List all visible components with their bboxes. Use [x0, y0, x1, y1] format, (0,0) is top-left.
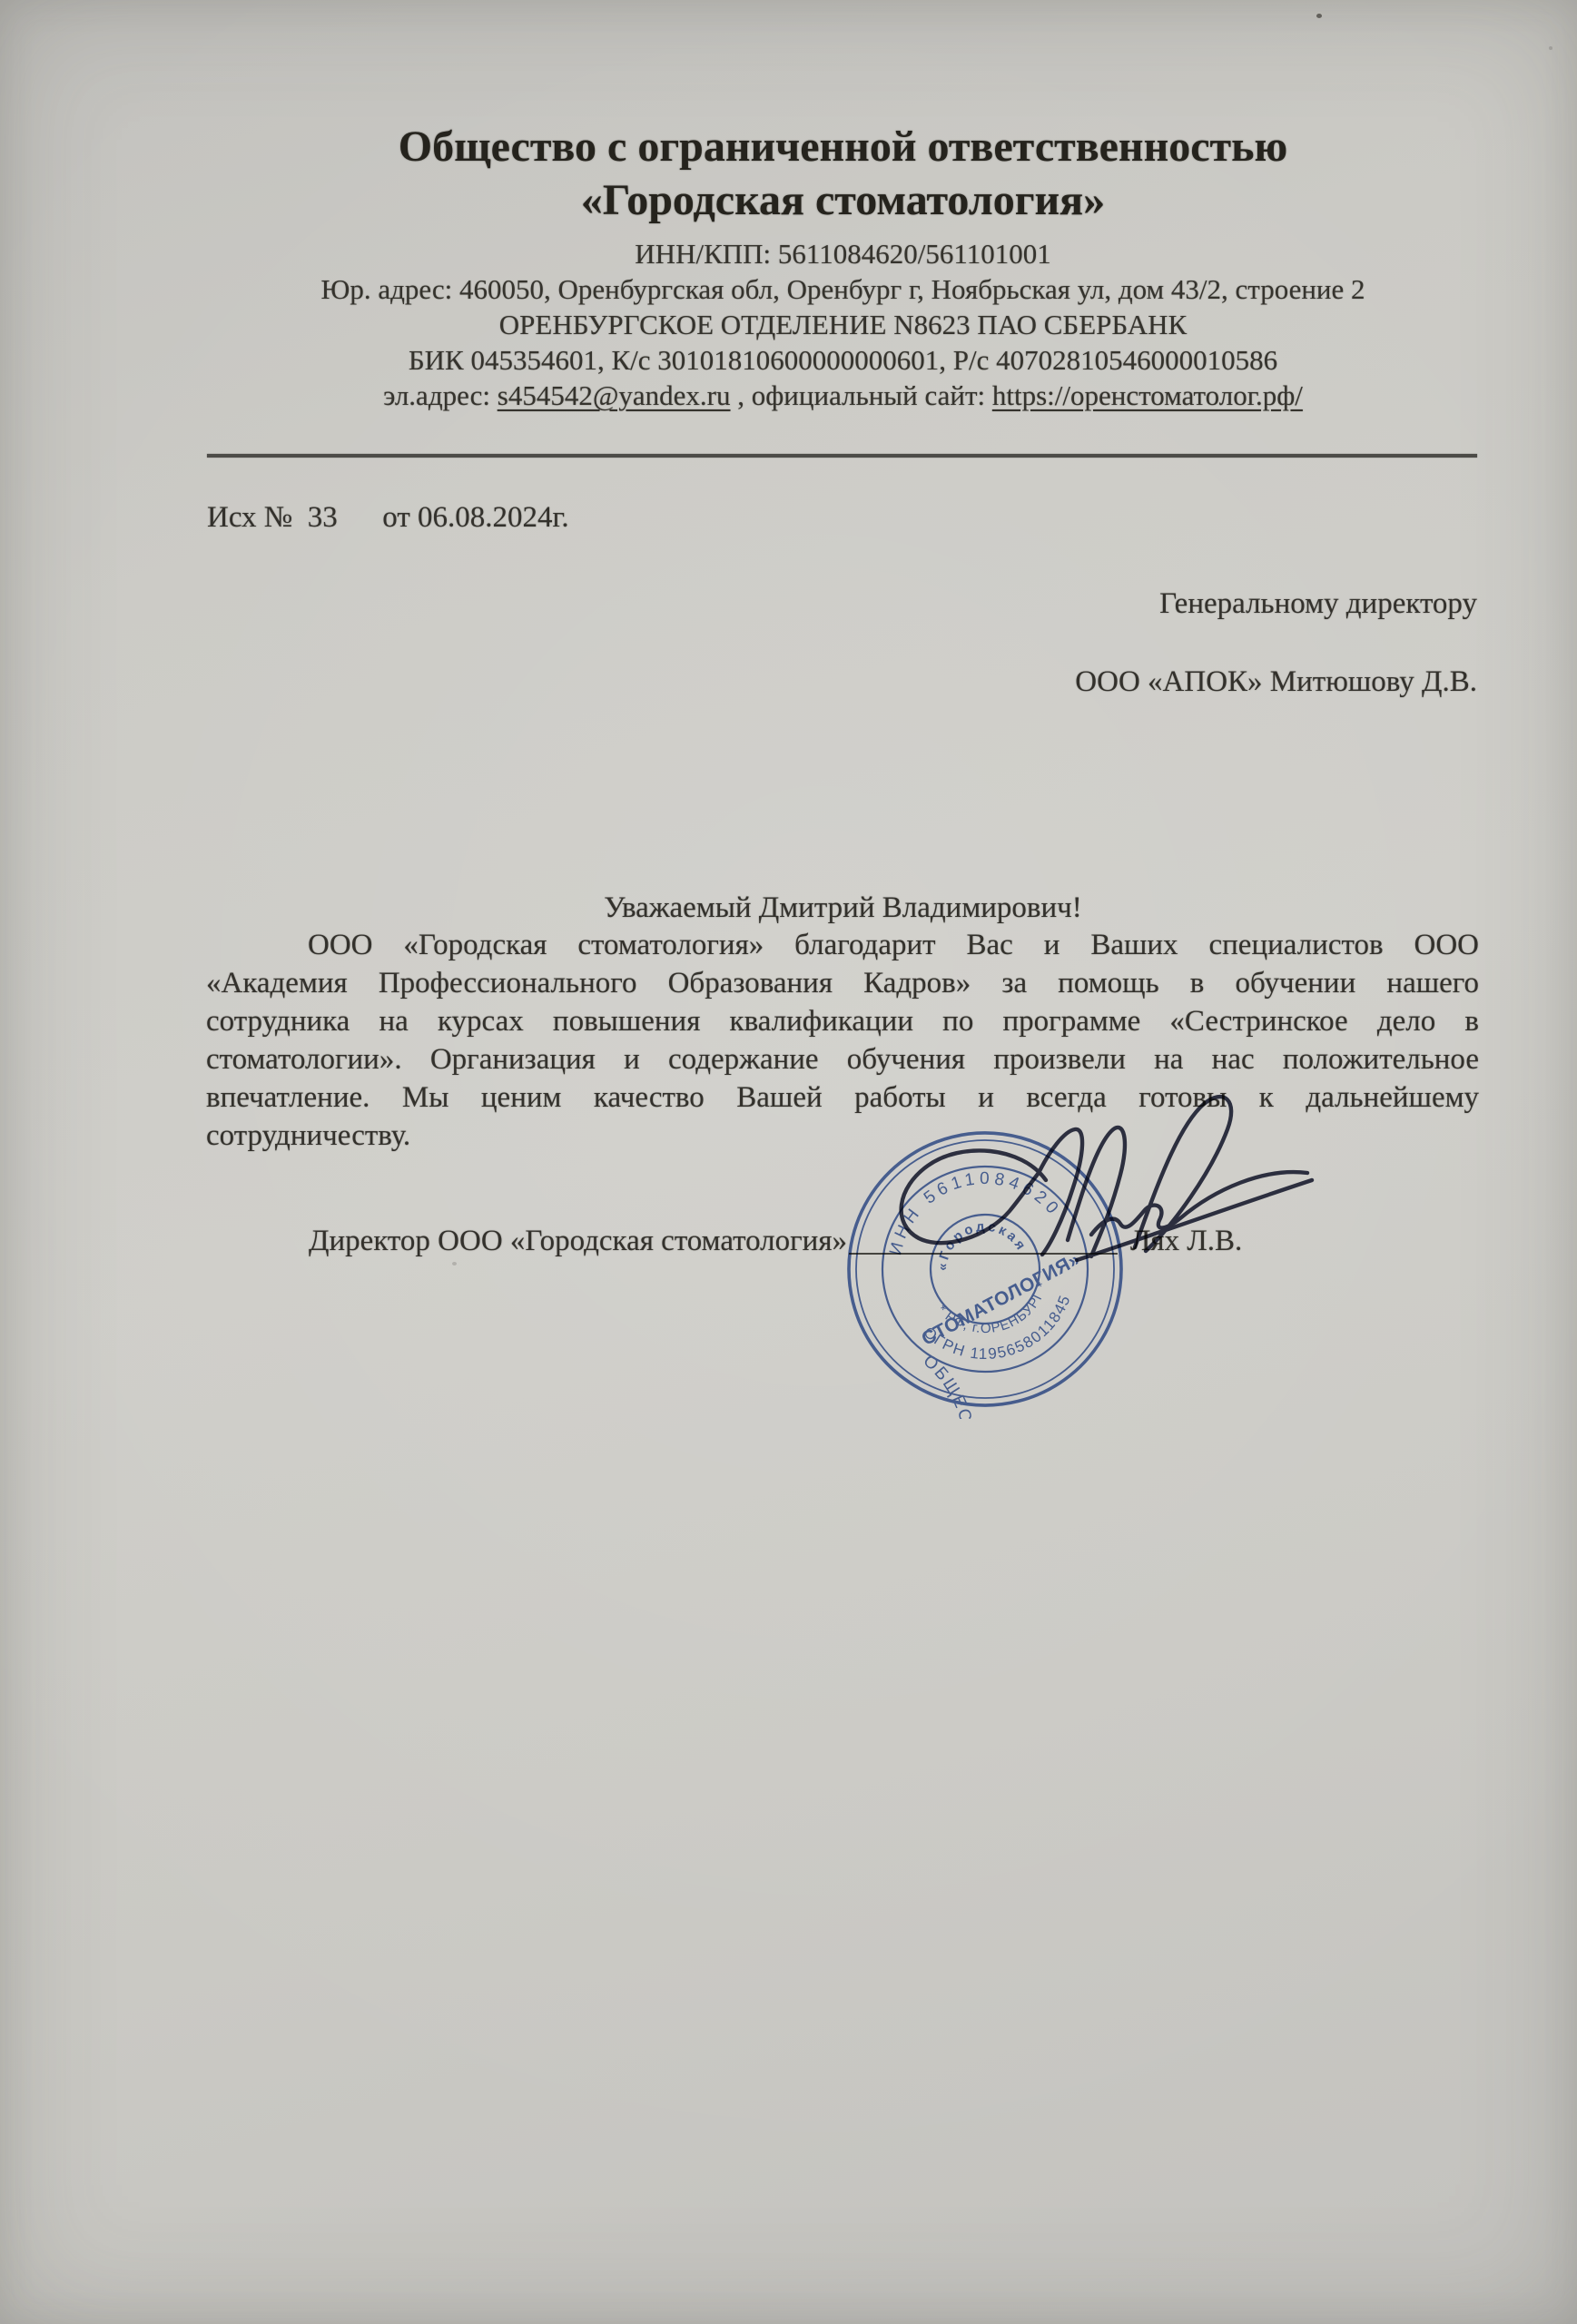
horizontal-rule — [207, 454, 1477, 458]
body-line: ООО «Городская стоматология» благодарит … — [206, 926, 1479, 964]
signature-stroke — [1068, 1128, 1125, 1256]
recipient-line1: Генеральному директору — [1159, 585, 1477, 623]
org-name-line2: «Городская стоматология» — [206, 173, 1480, 227]
signature-title: Директор ООО «Городская стоматология» — [309, 1222, 847, 1260]
letterhead-details: ИНН/КПП: 5611084620/561101001 Юр. адрес:… — [206, 236, 1480, 413]
legal-address-line: Юр. адрес: 460050, Оренбургская обл, Оре… — [206, 271, 1480, 307]
dust-speck — [1316, 14, 1322, 18]
handwritten-signature — [853, 1044, 1344, 1316]
site-label: , официальный сайт: — [730, 379, 991, 411]
signature-stroke — [1135, 1097, 1231, 1251]
bank-line: ОРЕНБУРГСКОЕ ОТДЕЛЕНИЕ N8623 ПАО СБЕРБАН… — [206, 307, 1480, 342]
site-link: https://оренстоматолог.рф/ — [992, 379, 1303, 411]
contacts-line: эл.адрес: s454542@yandex.ru , официальны… — [206, 378, 1480, 413]
letterhead: Общество с ограниченной ответственностью… — [206, 120, 1480, 413]
org-name-line1: Общество с ограниченной ответственностью — [206, 120, 1480, 173]
inn-kpp-line: ИНН/КПП: 5611084620/561101001 — [206, 236, 1480, 271]
letter-photo: Общество с ограниченной ответственностью… — [0, 0, 1577, 2324]
email-label: эл.адрес: — [383, 379, 498, 411]
signature-stroke — [1039, 1129, 1082, 1255]
body-line: сотрудника на курсах повышения квалифика… — [206, 1002, 1479, 1040]
email-link: s454542@yandex.ru — [498, 379, 731, 411]
salutation: Уважаемый Дмитрий Владимирович! — [206, 889, 1480, 927]
body-line: «Академия Профессионального Образования … — [206, 964, 1479, 1002]
signature-stroke — [902, 1150, 1046, 1243]
accounts-line: БИК 045354601, К/с 30101810600000000601,… — [206, 342, 1480, 378]
dust-speck — [452, 1262, 457, 1265]
dust-speck — [1549, 46, 1552, 50]
outgoing-number-line: Исх № 33 от 06.08.2024г. — [207, 498, 569, 537]
recipient-line2: ООО «АПОК» Митюшову Д.В. — [1075, 663, 1477, 701]
